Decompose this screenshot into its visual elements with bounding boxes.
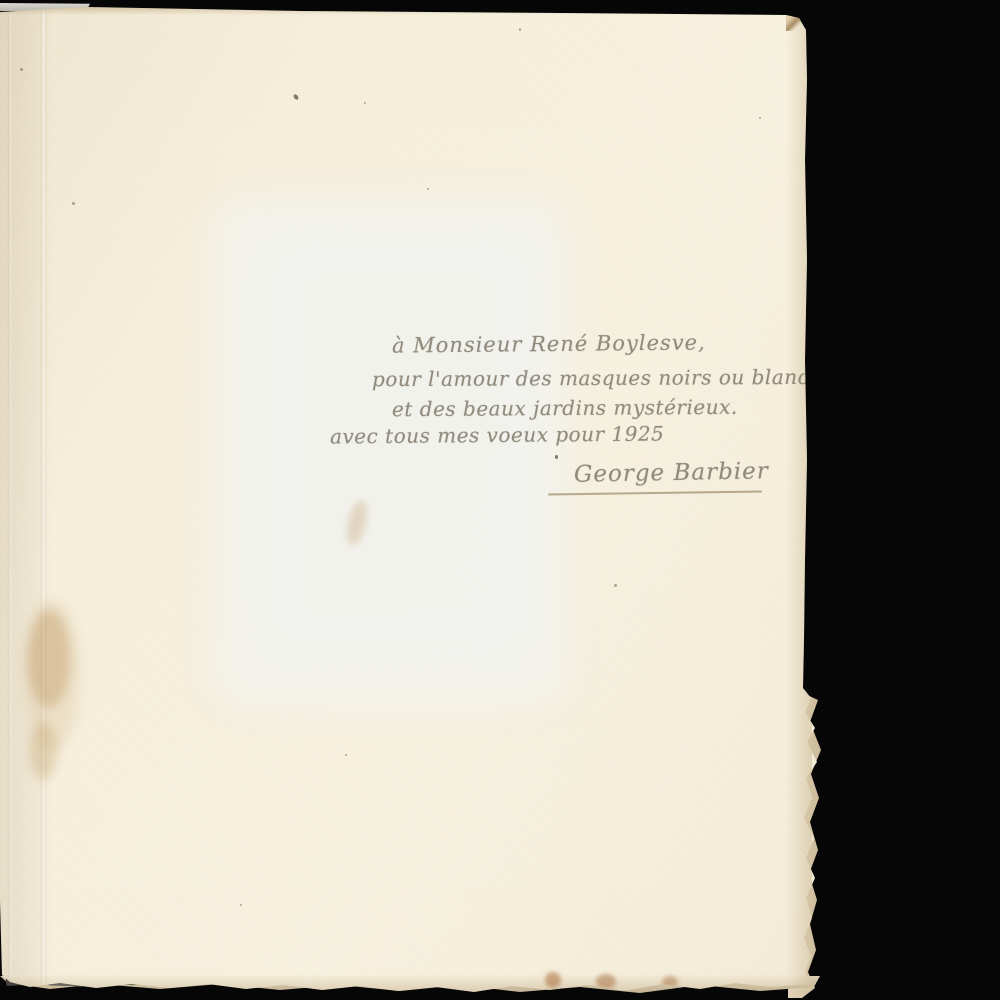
- ink-speck: [427, 188, 429, 190]
- foxing-spot: [545, 972, 561, 988]
- pencil-dot: [555, 455, 558, 459]
- right-edge-shade: [786, 10, 812, 990]
- foxing-spot: [596, 974, 616, 989]
- book-page: à Monsieur René Boylesve, pour l'amour d…: [0, 0, 1000, 1000]
- ink-speck: [759, 117, 761, 119]
- ink-speck: [20, 68, 23, 71]
- inscription-line-3: et des beaux jardins mystérieux.: [392, 395, 738, 421]
- ink-speck: [72, 202, 75, 205]
- ink-speck: [364, 102, 366, 104]
- foxing-spot: [28, 610, 70, 708]
- ink-speck: [614, 584, 617, 587]
- inscription-line-4: avec tous mes voeux pour 1925: [330, 422, 665, 449]
- corner-fold: [786, 7, 812, 31]
- top-edge-shade: [0, 6, 810, 15]
- ink-speck: [519, 28, 521, 31]
- ink-speck: [345, 754, 347, 756]
- gutter-fold-line: [41, 10, 46, 982]
- inscription-line-1: à Monsieur René Boylesve,: [392, 330, 706, 357]
- bottom-edge-shade: [0, 974, 812, 994]
- foxing-spot: [30, 722, 57, 780]
- inscription-line-2: pour l'amour des masques noirs ou blancs…: [372, 365, 827, 391]
- ink-speck: [240, 904, 242, 906]
- photo-canvas: à Monsieur René Boylesve, pour l'amour d…: [0, 0, 1000, 1000]
- signature: George Barbier: [574, 458, 769, 487]
- left-page-edge-line: [8, 8, 11, 978]
